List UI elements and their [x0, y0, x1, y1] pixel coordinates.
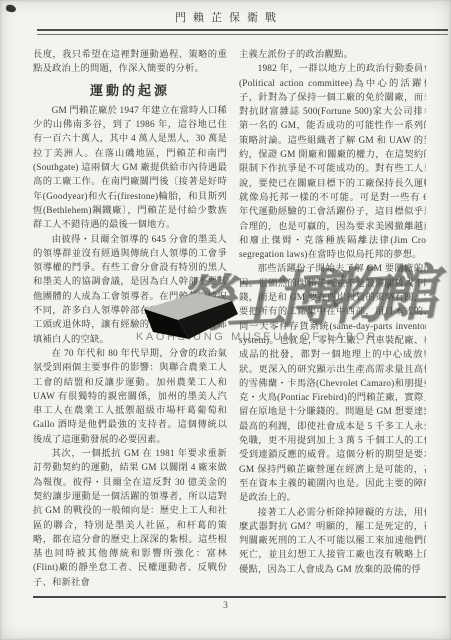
column-right: 主義左派份子的政治觀點。 1982 年，一群以地方上的政治行動委員會(Polit…	[239, 48, 426, 594]
scanned-page: 門賴芷保衛戰 長度，我只希望在這裡對運動過程、策略的重點及政治上的問題，作深入簡…	[0, 0, 451, 640]
paragraph: 主義左派份子的政治觀點。	[239, 48, 426, 62]
paragraph: 接著工人必需分析除掉障礙的方法，用什麼武器對抗 GM？明顯的，罷工是死定的，被判…	[239, 506, 426, 577]
paragraph: 長度，我只希望在這裡對運動過程、策略的重點及政治上的問題，作深入簡要的分析。	[33, 48, 227, 77]
paragraph: 1982 年，一群以地方上的政治行動委員會(Political action c…	[239, 62, 426, 262]
text-columns: 長度，我只希望在這裡對運動過程、策略的重點及政治上的問題，作深入簡要的分析。 運…	[33, 48, 426, 594]
paragraph: 其次，一個抵抗 GM 在 1981 年要求重新訂勞動契約的運動，結果 GM 以關…	[33, 447, 227, 590]
footer-rule	[33, 596, 446, 598]
section-heading: 運動的起源	[33, 84, 227, 98]
paragraph: 在 70 年代和 80 年代早期，分會的政治氣氛受到兩個主要事件的影響：與聯合農…	[33, 347, 227, 447]
header-rule	[37, 29, 448, 35]
page-number: 3	[0, 601, 451, 611]
paragraph: 由彼得・貝爾全領導的 645 分會的墨美人的領導群並沒有經過與傳統白人領導的工會…	[33, 233, 227, 347]
paragraph: 那些活躍份子開始去了解 GM 要關廠的原因。很顯然的門賴芷廠並不是設備陳舊或不賺…	[239, 262, 426, 505]
column-left: 長度，我只希望在這裡對運動過程、策略的重點及政治上的問題，作深入簡要的分析。 運…	[33, 48, 227, 594]
paragraph: GM 門賴芷廠於 1947 年建立在當時人口稀少的山佛南多谷，到了 1986 年…	[33, 104, 227, 233]
page-header-title: 門賴芷保衛戰	[0, 9, 451, 25]
